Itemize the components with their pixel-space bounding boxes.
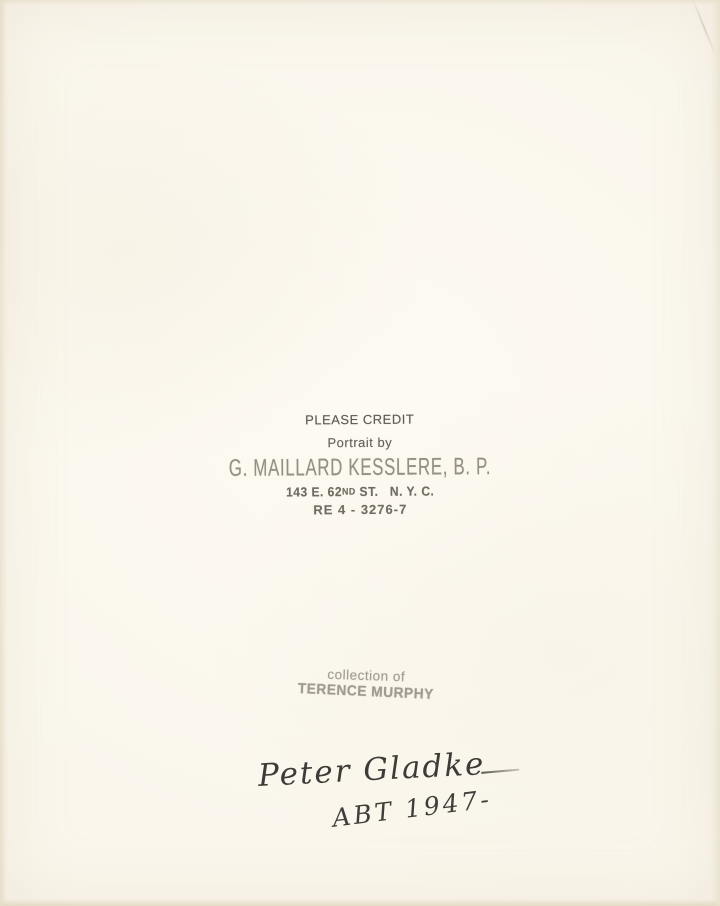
photographer-credit-stamp: PLEASE CREDIT Portrait by G. MAILLARD KE…	[0, 409, 720, 519]
credit-stamp-line-portrait-by: Portrait by	[0, 432, 720, 452]
address-street-number: 143 E. 62	[286, 484, 342, 499]
address-street-ordinal: ND	[342, 487, 356, 498]
credit-stamp-line-photographer-name: G. MAILLARD KESSLERE, B. P.	[108, 452, 612, 484]
pen-flourish-stroke	[482, 769, 520, 774]
photo-back-paper: PLEASE CREDIT Portrait by G. MAILLARD KE…	[0, 0, 720, 906]
address-city: ST. N. Y. C.	[356, 483, 435, 499]
handwritten-subject-name: Peter Gladke	[257, 746, 486, 794]
handwritten-date-annotation: ABT 1947-	[331, 784, 493, 832]
credit-stamp-line-please-credit: PLEASE CREDIT	[0, 409, 720, 429]
paper-crease	[691, 0, 717, 57]
credit-stamp-line-phone: RE 4 - 3276-7	[0, 499, 720, 519]
credit-stamp-line-address: 143 E. 62ND ST. N. Y. C.	[25, 482, 695, 502]
collection-stamp: collection of TERENCE MURPHY	[286, 665, 447, 702]
